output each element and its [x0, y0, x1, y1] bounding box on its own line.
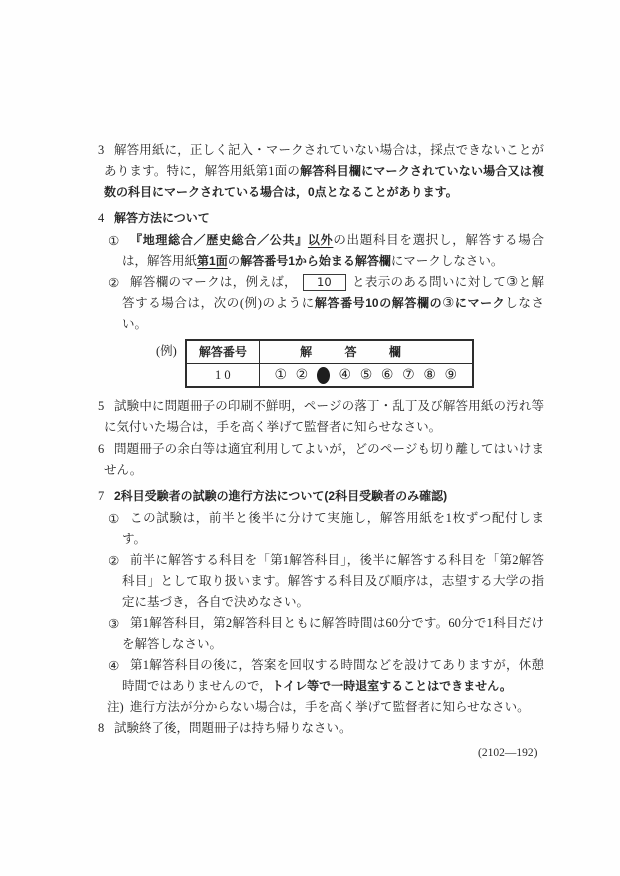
item-5-text: 試験中に問題冊子の印刷不鮮明，ページの落丁・乱丁及び解答用紙の汚れ等に気付いた場… — [104, 399, 544, 434]
page-code: (2102—192) — [478, 747, 537, 759]
answer-number-value: 1 0 — [215, 368, 231, 382]
instruction-item-4-2: ② 解答欄のマークは，例えば，10と表示のある問いに対して③と解答する場合は，次… — [122, 272, 544, 335]
document-page: 3 解答用紙に，正しく記入・マークされていない場合は，採点できないことがあります… — [0, 0, 620, 876]
circled-number-1: ① — [108, 230, 119, 251]
item-number: 7 — [98, 486, 104, 507]
marked-bubble-3: ③ — [317, 367, 330, 384]
bubble-7: ⑦ — [402, 366, 415, 384]
item-7-heading-text: 2科目受験者の試験の進行方法について(2科目受験者のみ確認) — [114, 489, 447, 503]
instruction-item-7-heading: 7 2科目受験者の試験の進行方法について(2科目受験者のみ確認) — [104, 486, 544, 507]
example-block: (例) 解答番号 解 答 欄 1 0 — [156, 339, 544, 388]
answer-column-emphasis: 解答番号1から始まる解答欄 — [240, 254, 391, 268]
igai-underlined: 以外 — [308, 233, 333, 247]
circled-number-2: ② — [108, 550, 119, 571]
bubble-6: ⑥ — [381, 366, 394, 384]
bubble-5: ⑤ — [360, 366, 373, 384]
item-number: 3 — [98, 140, 104, 161]
instruction-item-3: 3 解答用紙に，正しく記入・マークされていない場合は，採点できないことがあります… — [104, 140, 544, 203]
col1-header: 解答番号 — [199, 345, 247, 359]
circled-3-glyph: ③ — [442, 295, 455, 311]
item-4-2-emphasis: 解答番号10の解答欄の — [315, 296, 442, 310]
bubble-9: ⑨ — [445, 366, 458, 384]
bubble-8: ⑧ — [423, 366, 436, 384]
bubble-2: ② — [296, 366, 309, 384]
item-4-1-text3: にマークしなさい。 — [391, 254, 504, 268]
item-4-2-text2: と表示のある問いに対して — [352, 275, 507, 289]
item-7-2-text: 前半に解答する科目を「第1解答科目」，後半に解答する科目を「第2解答科目」として… — [122, 553, 544, 609]
instruction-item-5: 5 試験中に問題冊子の印刷不鮮明，ページの落丁・乱丁及び解答用紙の汚れ等に気付い… — [104, 396, 544, 438]
circled-3-glyph: ③ — [506, 274, 518, 290]
item-7-1-text: この試験は，前半と後半に分けて実施し，解答用紙を1枚ずつ配付します。 — [122, 511, 544, 546]
instruction-item-7-2: ② 前半に解答する科目を「第1解答科目」，後半に解答する科目を「第2解答科目」と… — [122, 550, 544, 613]
item-7-3-text: 第1解答科目，第2解答科目ともに解答時間は60分です。60分で1科目だけを解答し… — [122, 616, 544, 651]
item-4-1-text2: の — [228, 254, 241, 268]
circled-number-4: ④ — [108, 655, 119, 676]
note-label: 注) — [107, 697, 124, 718]
instruction-note: 注) 進行方法が分からない場合は，手を高く挙げて監督者に知らせなさい。 — [122, 697, 544, 718]
item-number: 5 — [98, 396, 104, 417]
circled-number-2: ② — [108, 272, 119, 293]
example-label: (例) — [156, 339, 177, 363]
instruction-item-4-heading: 4 解答方法について — [104, 208, 544, 229]
instruction-item-7-3: ③ 第1解答科目，第2解答科目ともに解答時間は60分です。60分で1科目だけを解… — [122, 613, 544, 655]
table-answer-row: 1 0 ① ② ③ ④ ⑤ ⑥ ⑦ ⑧ ⑨ — [186, 364, 473, 388]
mark-bubbles: ① ② ③ ④ ⑤ ⑥ ⑦ ⑧ ⑨ — [260, 366, 472, 384]
instruction-item-6: 6 問題冊子の余白等は適宜利用してよいが，どのページも切り離してはいけません。 — [104, 439, 544, 481]
example-answer-table: 解答番号 解 答 欄 1 0 ① ② — [185, 339, 474, 388]
answer-number-box: 10 — [303, 274, 346, 291]
instruction-item-7-1: ① この試験は，前半と後半に分けて実施し，解答用紙を1枚ずつ配付します。 — [122, 508, 544, 550]
item-number: 8 — [98, 718, 104, 739]
instruction-item-4-1: ① 『地理総合／歴史総合／公共』以外の出題科目を選択し，解答する場合は，解答用紙… — [122, 230, 544, 272]
exam-instructions: 3 解答用紙に，正しく記入・マークされていない場合は，採点できないことがあります… — [104, 140, 544, 740]
item-4-2-text: 解答欄のマークは，例えば， — [130, 275, 297, 289]
instruction-item-7-4: ④ 第1解答科目の後に，答案を回収する時間などを設けてありますが，休憩時間ではあ… — [122, 655, 544, 697]
item-number: 6 — [98, 439, 104, 460]
item-4-2-emphasis2: にマーク — [455, 296, 505, 310]
table-header-row: 解答番号 解 答 欄 — [186, 340, 473, 364]
item-number: 4 — [98, 208, 104, 229]
item-4-heading-text: 解答方法について — [114, 211, 210, 225]
item-7-4-emphasis: トイレ等で一時退室することはできません。 — [272, 679, 512, 693]
subject-name-emphasis: 『地理総合／歴史総合／公共』 — [130, 233, 308, 247]
dai1men-underlined: 第1面 — [197, 254, 228, 268]
bubble-1: ① — [274, 366, 287, 384]
item-6-text: 問題冊子の余白等は適宜利用してよいが，どのページも切り離してはいけません。 — [104, 442, 544, 477]
instruction-item-8: 8 試験終了後，問題冊子は持ち帰りなさい。 — [104, 718, 544, 739]
circled-number-1: ① — [108, 508, 119, 529]
bubble-4: ④ — [339, 366, 352, 384]
note-text: 進行方法が分からない場合は，手を高く挙げて監督者に知らせなさい。 — [130, 700, 530, 714]
item-8-text: 試験終了後，問題冊子は持ち帰りなさい。 — [114, 721, 352, 735]
col2-header: 解 答 欄 — [268, 342, 433, 363]
circled-number-3: ③ — [108, 613, 119, 634]
